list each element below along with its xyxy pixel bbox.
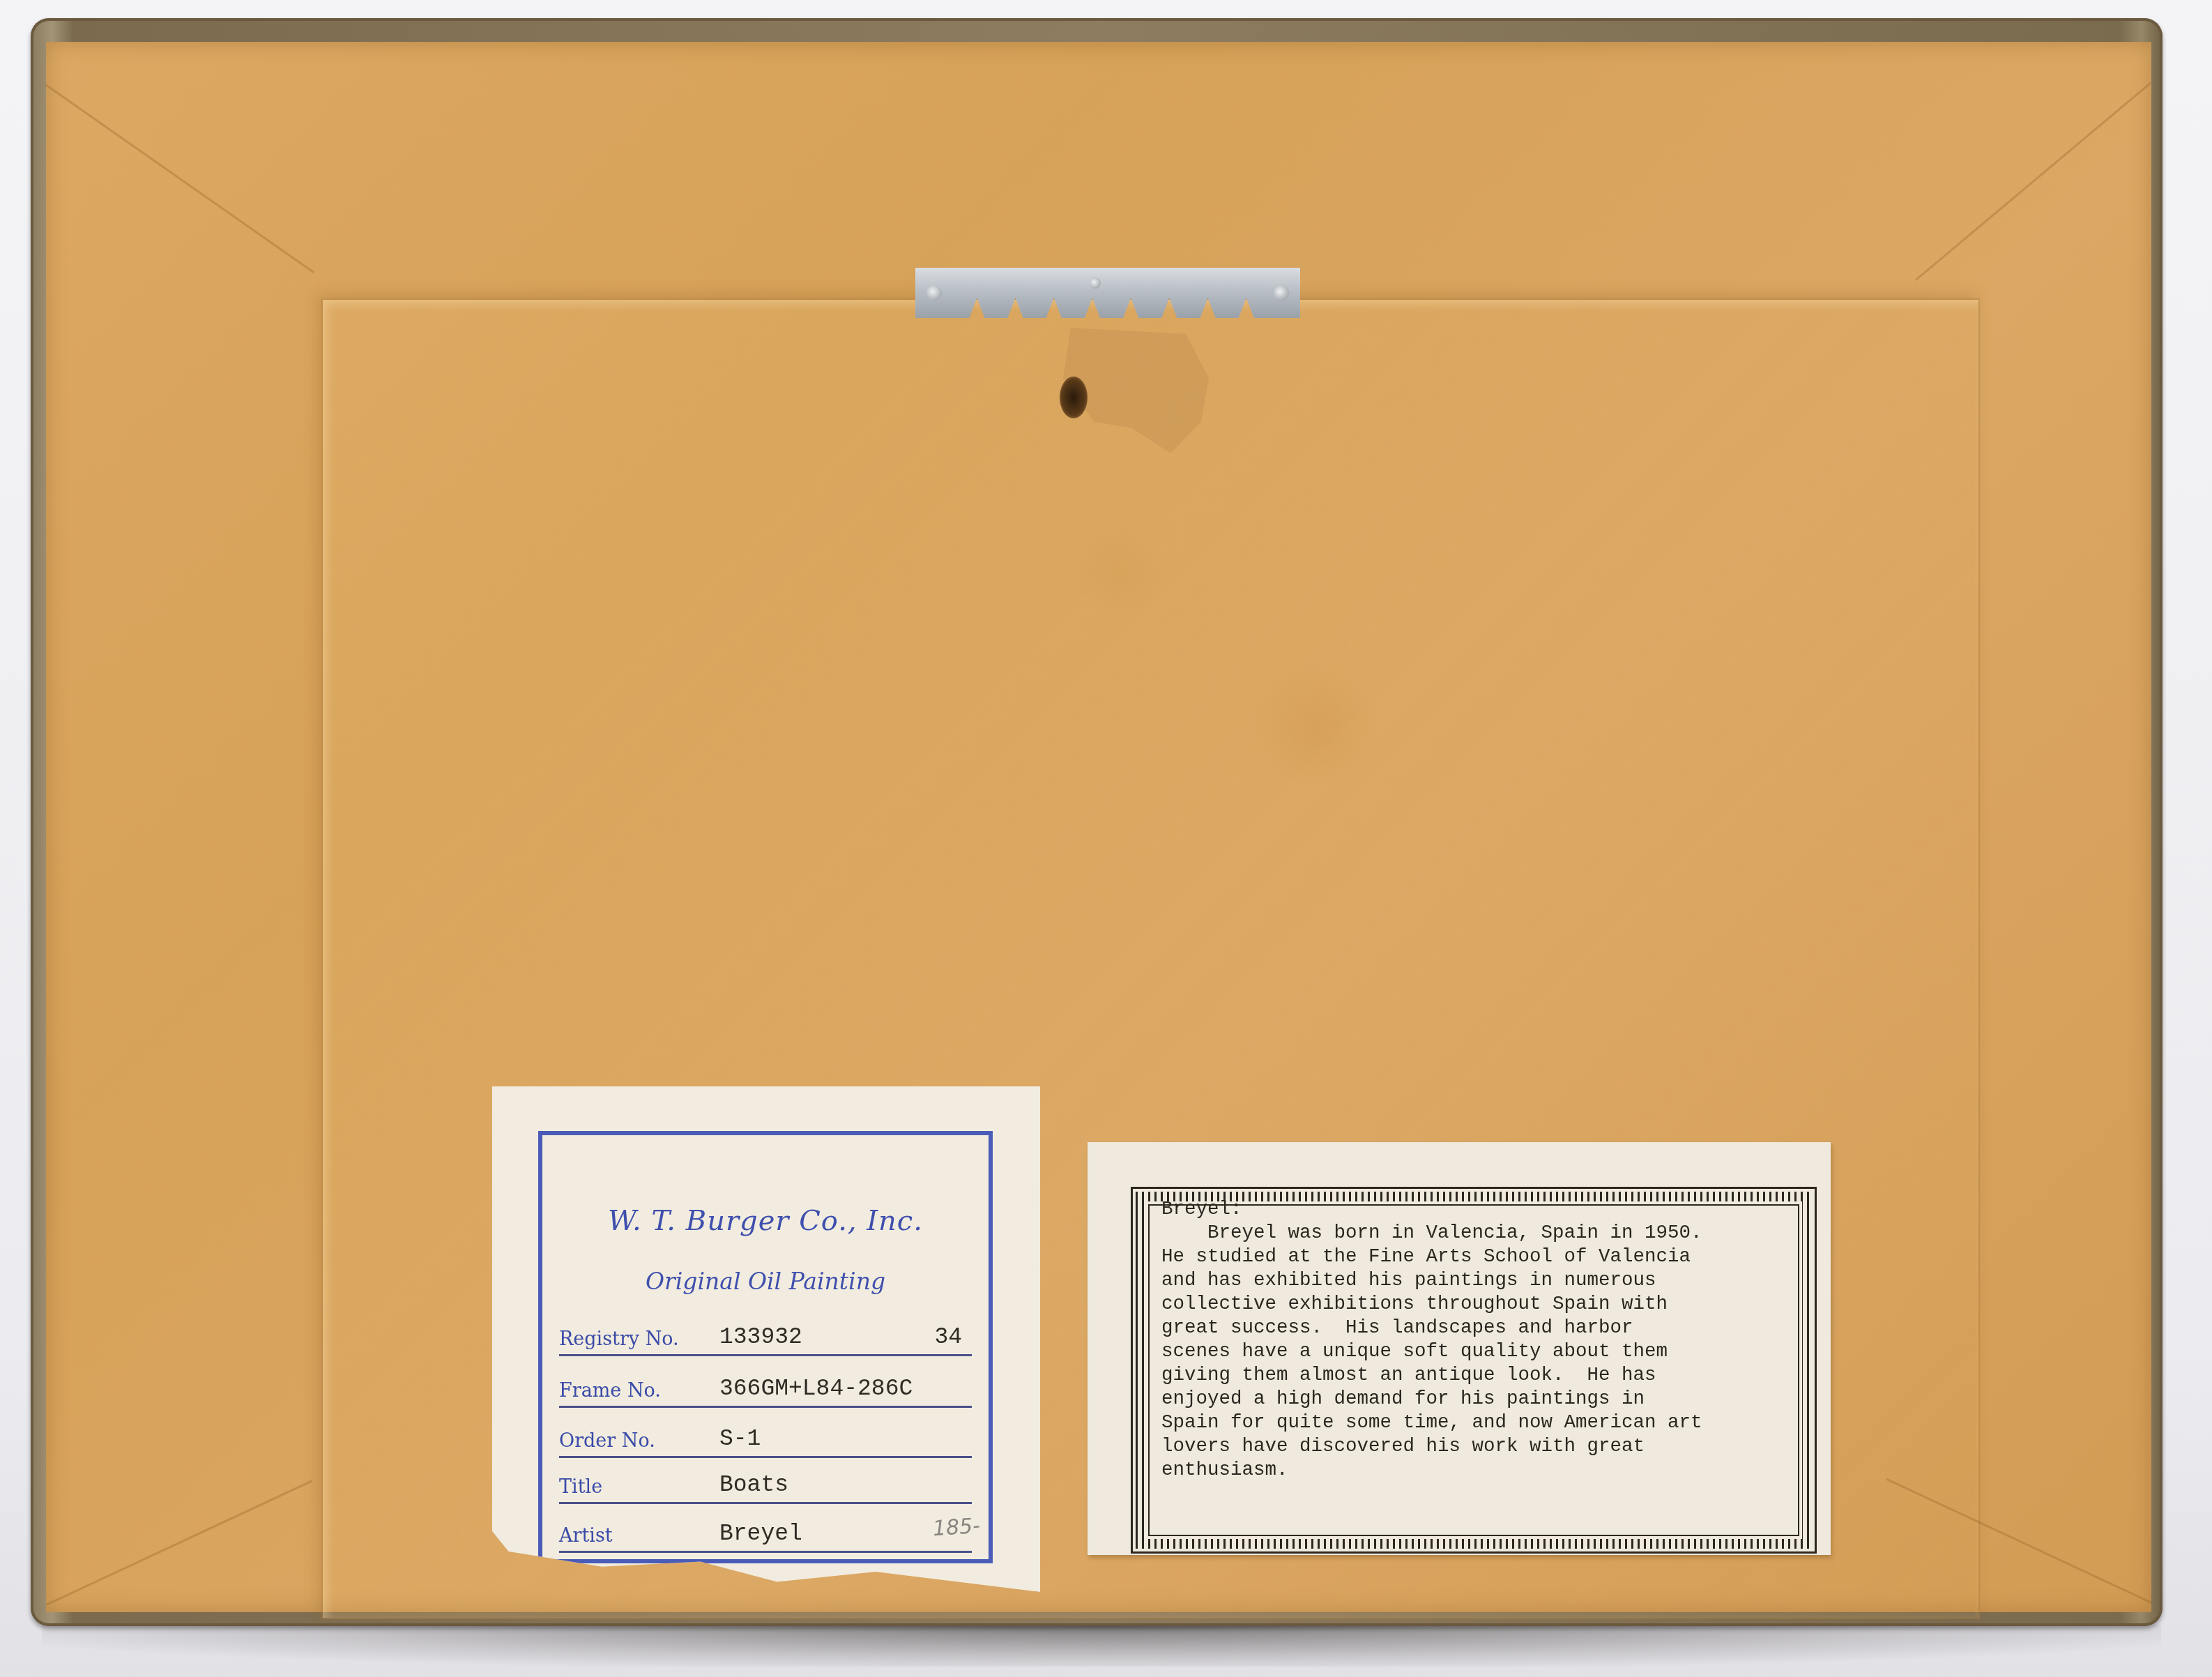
bio-line: Breyel was born in Valencia, Spain in 19…	[1161, 1222, 1803, 1245]
company-name: W. T. Burger Co., Inc.	[542, 1205, 989, 1237]
bio-line: He studied at the Fine Arts School of Va…	[1161, 1245, 1803, 1269]
field-value: 366GM+L84-286C	[719, 1376, 913, 1402]
registry-label-border: W. T. Burger Co., Inc. Original Oil Pain…	[538, 1131, 993, 1563]
bio-line: and has exhibited his paintings in numer…	[1161, 1269, 1803, 1293]
nail-icon	[926, 285, 942, 301]
corner-crease	[46, 1480, 312, 1606]
field-frame-no: Frame No. 366GM+L84-286C	[559, 1365, 972, 1408]
field-value: Boats	[719, 1472, 788, 1498]
field-label: Order No.	[559, 1430, 655, 1452]
bio-line: collective exhibitions throughout Spain …	[1161, 1293, 1803, 1316]
field-artist: Artist Breyel	[559, 1510, 972, 1553]
bio-line: scenes have a unique soft quality about …	[1161, 1340, 1803, 1364]
nail-icon	[1274, 285, 1289, 301]
hanger-bar	[915, 268, 1300, 318]
paper-hole	[1060, 377, 1088, 418]
field-extra: 34	[934, 1324, 962, 1350]
field-label: Frame No.	[559, 1380, 661, 1402]
table-shadow	[42, 1625, 2161, 1667]
field-label: Artist	[559, 1525, 613, 1547]
field-value: 133932	[719, 1324, 802, 1350]
biography-label: Breyel: Breyel was born in Valencia, Spa…	[1088, 1142, 1831, 1555]
bio-line: giving them almost an antique look. He h…	[1161, 1364, 1803, 1388]
field-value: S-1	[719, 1426, 761, 1452]
bio-line: great success. His landscapes and harbor	[1161, 1316, 1803, 1340]
bio-heading: Breyel:	[1161, 1198, 1803, 1222]
field-label: Registry No.	[559, 1328, 679, 1350]
bio-line: enjoyed a high demand for his paintings …	[1161, 1388, 1803, 1411]
bio-line: lovers have discovered his work with gre…	[1161, 1435, 1803, 1459]
bio-line: Spain for quite some time, and now Ameri…	[1161, 1411, 1803, 1435]
bio-paragraph: Breyel was born in Valencia, Spain in 19…	[1161, 1222, 1803, 1482]
field-order-no: Order No. S-1	[559, 1416, 972, 1458]
field-title: Title Boats	[559, 1462, 972, 1504]
corner-crease	[45, 84, 314, 273]
sawtooth-hanger-icon	[915, 268, 1300, 318]
biography-text: Breyel: Breyel was born in Valencia, Spa…	[1161, 1198, 1803, 1482]
field-label: Title	[559, 1476, 602, 1498]
registry-label: W. T. Burger Co., Inc. Original Oil Pain…	[492, 1086, 1040, 1592]
field-registry-no: Registry No. 133932 34	[559, 1314, 972, 1356]
bio-line: enthusiasm.	[1161, 1459, 1803, 1482]
handwritten-price: 185-	[932, 1514, 981, 1542]
field-value: Breyel	[719, 1521, 802, 1547]
corner-crease	[1915, 82, 2151, 281]
label-subtitle: Original Oil Painting	[542, 1268, 989, 1295]
rivet-icon	[1090, 278, 1101, 289]
